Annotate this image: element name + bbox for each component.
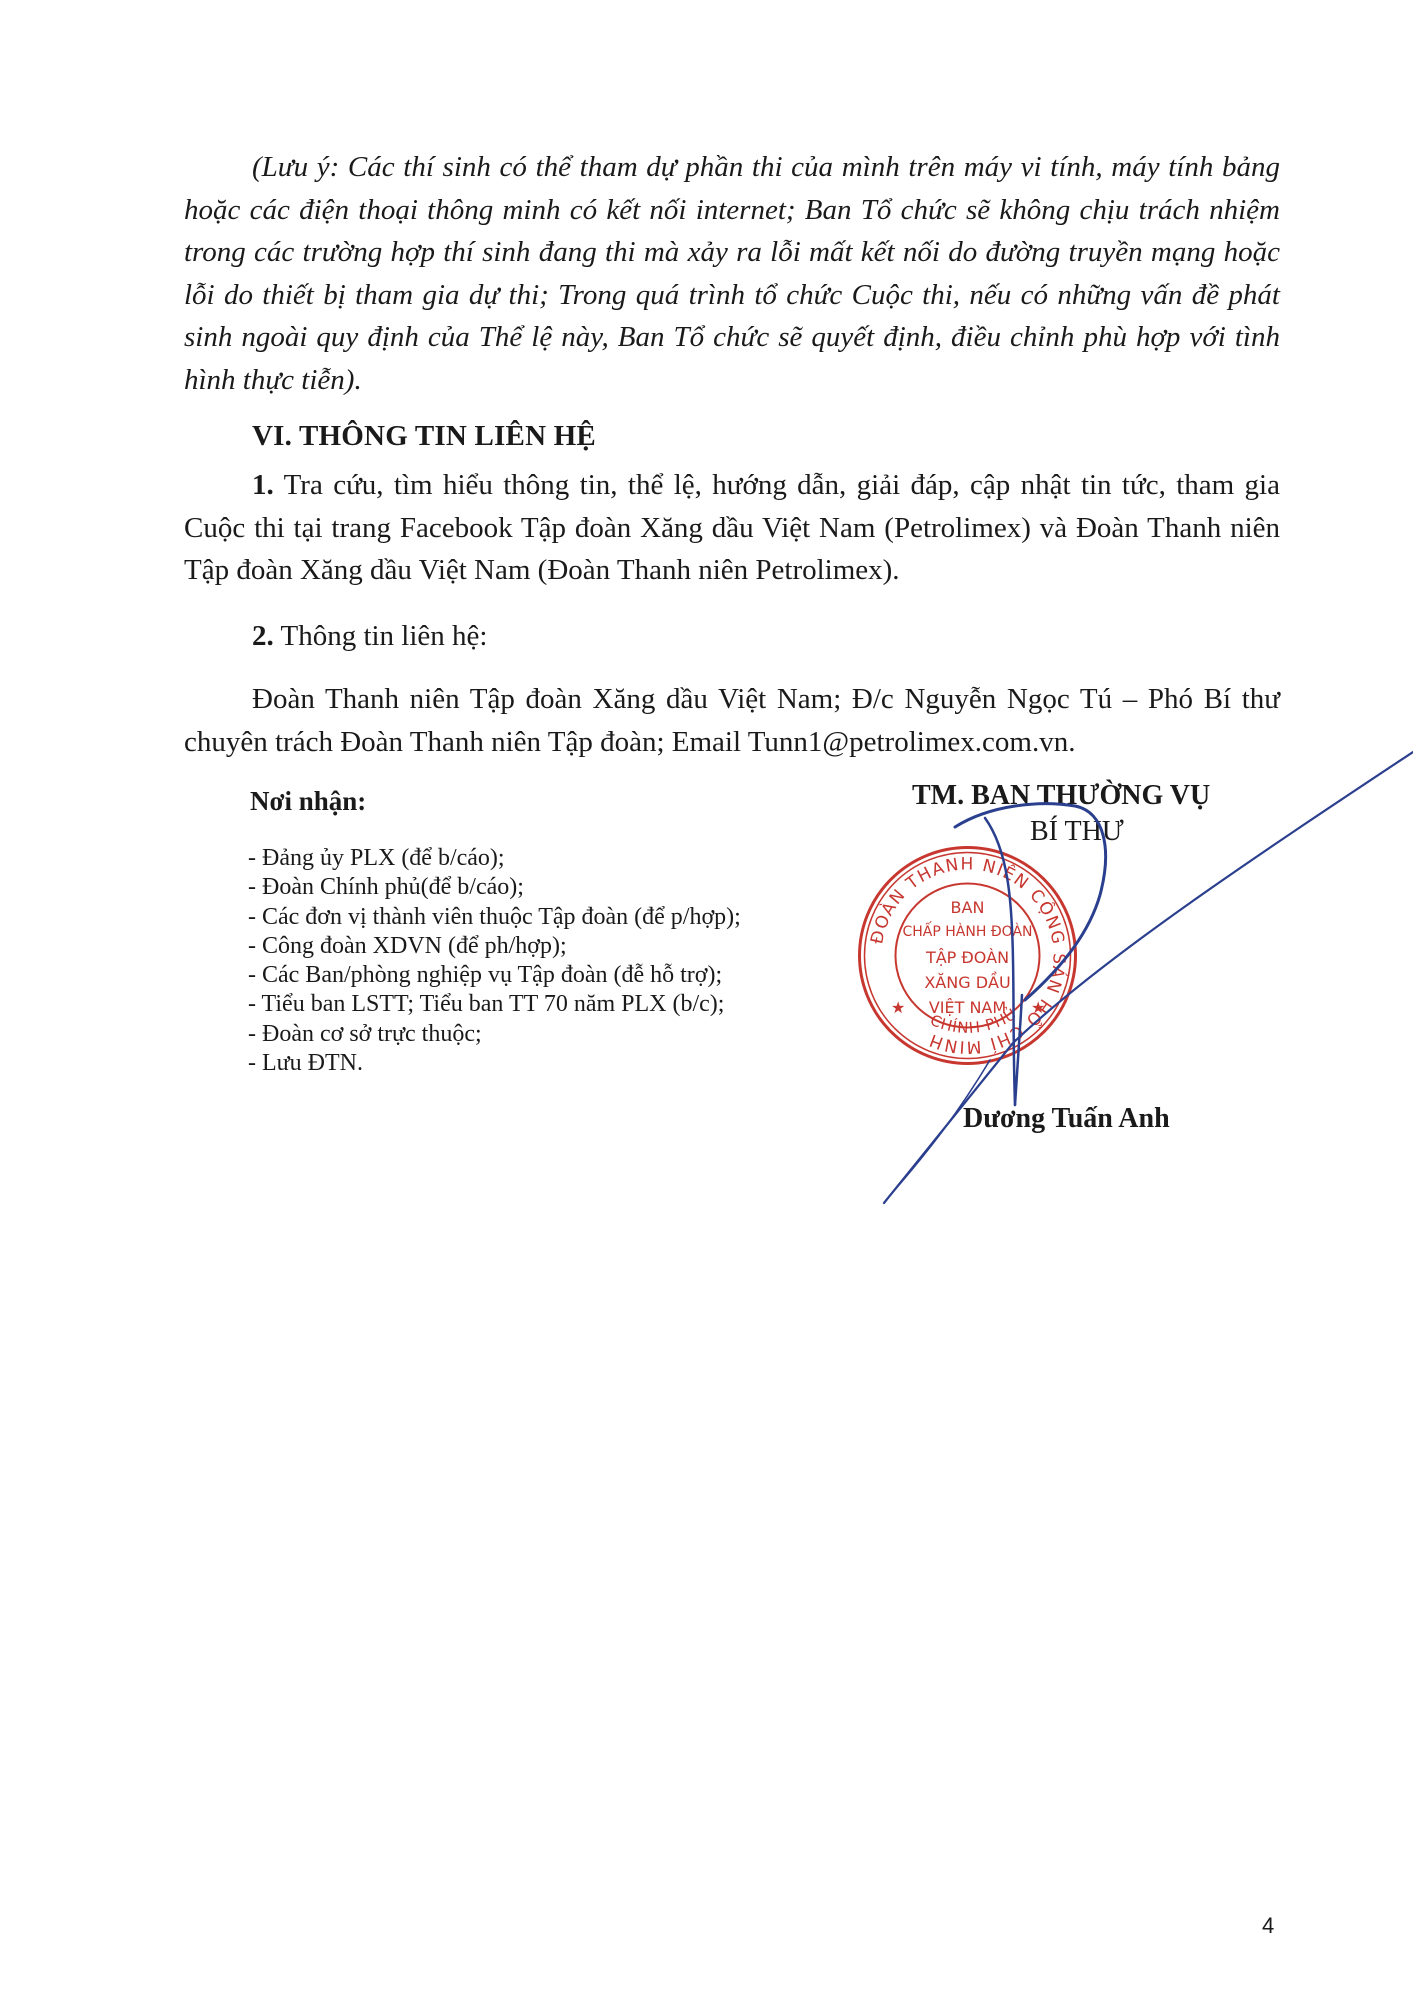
item-number: 2. [252,620,274,652]
official-seal: ĐOÀN THANH NIÊN CỘNG SẢN HỒ CHÍ MINH CHÍ… [855,843,1080,1068]
recipient-item: - Công đoàn XDVN (để ph/hợp); [248,932,741,961]
recipient-item: - Các Ban/phòng nghiệp vụ Tập đoàn (đễ h… [248,961,741,990]
recipient-item: - Đoàn Chính phủ(để b/cáo); [248,873,741,902]
recipient-item: - Các đơn vị thành viên thuộc Tập đoàn (… [248,903,741,932]
recipient-item: - Đoàn cơ sở trực thuộc; [248,1020,741,1049]
contact-detail: Đoàn Thanh niên Tập đoàn Xăng dầu Việt N… [184,678,1280,763]
recipient-item: - Đảng ủy PLX (để b/cáo); [248,844,741,873]
item-number: 1. [252,469,274,501]
page-number: 4 [1262,1913,1274,1939]
signatory-name: Dương Tuấn Anh [963,1103,1170,1135]
section-heading: VI. THÔNG TIN LIÊN HỆ [252,420,596,453]
seal-center-text: BAN CHẤP HÀNH ĐOÀN TẬP ĐOÀN XĂNG DẦU VIỆ… [855,843,1080,1068]
contact-item-2: 2. Thông tin liên hệ: [184,615,1280,658]
signatory-title: TM. BAN THƯỜNG VỤ [912,780,1210,812]
recipients-title: Nơi nhận: [250,786,366,817]
note-paragraph: (Lưu ý: Các thí sinh có thể tham dự phần… [184,146,1280,401]
recipient-item: - Lưu ĐTN. [248,1049,741,1078]
contact-item-1: 1. Tra cứu, tìm hiểu thông tin, thể lệ, … [184,464,1280,592]
recipients-list: - Đảng ủy PLX (để b/cáo); - Đoàn Chính p… [248,844,741,1078]
item-text: Thông tin liên hệ: [274,620,488,652]
recipient-item: - Tiểu ban LSTT; Tiểu ban TT 70 năm PLX … [248,990,741,1019]
item-text: Tra cứu, tìm hiểu thông tin, thể lệ, hướ… [184,469,1280,586]
